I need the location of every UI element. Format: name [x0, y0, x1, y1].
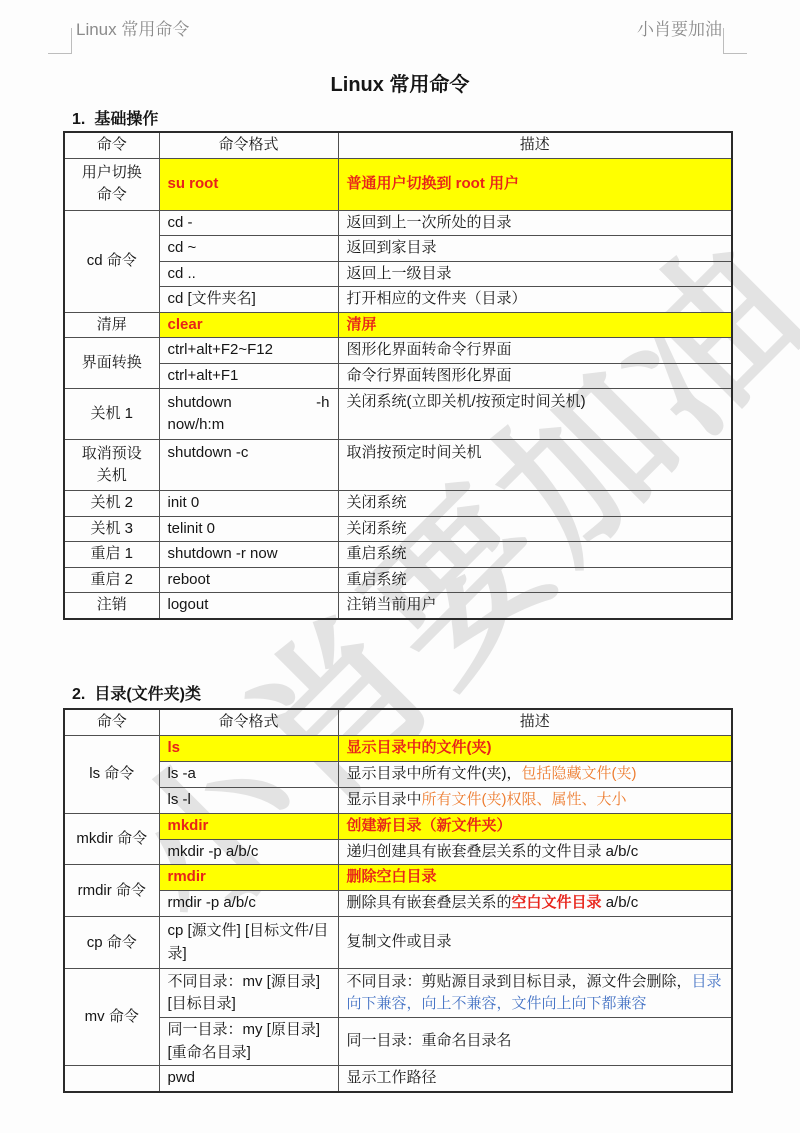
cell-desc: 关闭系统(立即关机/按预定时间关机)	[338, 389, 732, 440]
cell-desc: 递归创建具有嵌套叠层关系的文件目录 a/b/c	[338, 839, 732, 865]
cell-label: 关机 2	[64, 491, 159, 517]
column-header-format: 命令格式	[159, 709, 338, 735]
document-title: Linux 常用命令	[0, 68, 800, 97]
section-number: 1.	[72, 111, 85, 128]
table-row: 重启 1 shutdown -r now 重启系统	[64, 542, 732, 568]
cell-format: ls -a	[159, 761, 338, 787]
cell-label: rmdir 命令	[64, 865, 159, 917]
cell-desc: 取消按预定时间关机	[338, 440, 732, 491]
cell-format: cd ~	[159, 236, 338, 262]
table-row: 注销 logout 注销当前用户	[64, 593, 732, 619]
cell-desc: 打开相应的文件夹（目录）	[338, 287, 732, 313]
table-row: ls 命令 ls 显示目录中的文件(夹)	[64, 735, 732, 761]
cell-desc-highlight: 删除空白目录	[338, 865, 732, 891]
cell-desc: 重启系统	[338, 567, 732, 593]
table-row: cd [文件夹名] 打开相应的文件夹（目录）	[64, 287, 732, 313]
cell-format-highlight: su root	[159, 158, 338, 210]
cell-desc: 显示工作路径	[338, 1066, 732, 1092]
table-row: rmdir -p a/b/c 删除具有嵌套叠层关系的空白文件目录 a/b/c	[64, 891, 732, 917]
table-row: ls -l 显示目录中所有文件(夹)权限、属性、大小	[64, 787, 732, 813]
table-row: cd ~ 返回到家目录	[64, 236, 732, 262]
cell-format: ls -l	[159, 787, 338, 813]
cell-label: 关机 3	[64, 516, 159, 542]
cell-desc: 重启系统	[338, 542, 732, 568]
column-header-format: 命令格式	[159, 132, 338, 158]
column-header-description: 描述	[338, 709, 732, 735]
cell-desc: 返回到上一次所处的目录	[338, 210, 732, 236]
cell-format: telinit 0	[159, 516, 338, 542]
table-header-row: 命令 命令格式 描述	[64, 132, 732, 158]
cell-label: mkdir 命令	[64, 813, 159, 865]
cell-format-highlight: ls	[159, 735, 338, 761]
table-row: 取消预设 关机 shutdown -c 取消按预定时间关机	[64, 440, 732, 491]
table-row: ls -a 显示目录中所有文件(夹)，包括隐藏文件(夹)	[64, 761, 732, 787]
table-row: pwd 显示工作路径	[64, 1066, 732, 1092]
table-row: 清屏 clear 清屏	[64, 312, 732, 338]
table-row: mv 命令 不同目录：mv [源目录] [目标目录] 不同目录：剪贴源目录到目标…	[64, 969, 732, 1018]
document-page: 小肖要加油 Linux 常用命令 小肖要加油 Linux 常用命令 1.基础操作…	[0, 0, 800, 1133]
cell-desc: 显示目录中所有文件(夹)权限、属性、大小	[338, 787, 732, 813]
table-row: 关机 1 shutdown -h now/h:m 关闭系统(立即关机/按预定时间…	[64, 389, 732, 440]
cell-desc: 注销当前用户	[338, 593, 732, 619]
cell-format: shutdown -r now	[159, 542, 338, 568]
directory-table: 命令 命令格式 描述 ls 命令 ls 显示目录中的文件(夹) ls -a 显示…	[63, 708, 733, 1093]
cell-label: 重启 1	[64, 542, 159, 568]
cell-desc-highlight: 显示目录中的文件(夹)	[338, 735, 732, 761]
cell-desc: 关闭系统	[338, 516, 732, 542]
cell-desc: 删除具有嵌套叠层关系的空白文件目录 a/b/c	[338, 891, 732, 917]
cell-format: 不同目录：mv [源目录] [目标目录]	[159, 969, 338, 1018]
cell-format: shutdown -h now/h:m	[159, 389, 338, 440]
cell-desc: 同一目录：重命名目录名	[338, 1018, 732, 1066]
table-row: ctrl+alt+F1 命令行界面转图形化界面	[64, 363, 732, 389]
table-row: 重启 2 reboot 重启系统	[64, 567, 732, 593]
table-row: 关机 2 init 0 关闭系统	[64, 491, 732, 517]
cell-desc: 复制文件或目录	[338, 917, 732, 969]
basic-ops-table: 命令 命令格式 描述 用户切换 命令 su root 普通用户切换到 root …	[63, 131, 733, 620]
margin-corner-mark-left	[48, 28, 72, 54]
column-header-description: 描述	[338, 132, 732, 158]
cell-format: reboot	[159, 567, 338, 593]
cell-desc-highlight: 普通用户切换到 root 用户	[338, 158, 732, 210]
table-row: 用户切换 命令 su root 普通用户切换到 root 用户	[64, 158, 732, 210]
cell-label: 注销	[64, 593, 159, 619]
cell-format: 同一目录：my [原目录] [重命名目录]	[159, 1018, 338, 1066]
cell-label: cp 命令	[64, 917, 159, 969]
cell-desc-highlight: 创建新目录（新文件夹）	[338, 813, 732, 839]
cell-format-highlight: clear	[159, 312, 338, 338]
table-header-row: 命令 命令格式 描述	[64, 709, 732, 735]
cell-label: 用户切换 命令	[64, 158, 159, 210]
section-heading-basic-ops: 1.基础操作	[72, 106, 158, 129]
cell-label: 清屏	[64, 312, 159, 338]
table-row: cp 命令 cp [源文件] [目标文件/目录] 复制文件或目录	[64, 917, 732, 969]
cell-format: cd -	[159, 210, 338, 236]
section-heading-directory: 2.目录(文件夹)类	[72, 681, 201, 704]
section-title: 基础操作	[94, 111, 158, 128]
table-row: mkdir -p a/b/c 递归创建具有嵌套叠层关系的文件目录 a/b/c	[64, 839, 732, 865]
table-row: 关机 3 telinit 0 关闭系统	[64, 516, 732, 542]
cell-label: 关机 1	[64, 389, 159, 440]
cell-desc: 显示目录中所有文件(夹)，包括隐藏文件(夹)	[338, 761, 732, 787]
section-title: 目录(文件夹)类	[94, 686, 201, 703]
cell-label: ls 命令	[64, 735, 159, 813]
table-row: 同一目录：my [原目录] [重命名目录] 同一目录：重命名目录名	[64, 1018, 732, 1066]
page-header-author: 小肖要加油	[637, 15, 722, 40]
page-header-title: Linux 常用命令	[76, 15, 189, 40]
cell-format: ctrl+alt+F2~F12	[159, 338, 338, 364]
cell-label: 重启 2	[64, 567, 159, 593]
table-row: mkdir 命令 mkdir 创建新目录（新文件夹）	[64, 813, 732, 839]
cell-format: pwd	[159, 1066, 338, 1092]
column-header-command: 命令	[64, 132, 159, 158]
cell-format: ctrl+alt+F1	[159, 363, 338, 389]
cell-label: 界面转换	[64, 338, 159, 389]
cell-format-highlight: rmdir	[159, 865, 338, 891]
cell-format: rmdir -p a/b/c	[159, 891, 338, 917]
cell-label: cd 命令	[64, 210, 159, 312]
cell-desc: 返回上一级目录	[338, 261, 732, 287]
cell-desc: 关闭系统	[338, 491, 732, 517]
table-row: 界面转换 ctrl+alt+F2~F12 图形化界面转命令行界面	[64, 338, 732, 364]
cell-format: cd ..	[159, 261, 338, 287]
cell-desc: 返回到家目录	[338, 236, 732, 262]
cell-format: cd [文件夹名]	[159, 287, 338, 313]
cell-desc-highlight: 清屏	[338, 312, 732, 338]
cell-label: 取消预设 关机	[64, 440, 159, 491]
column-header-command: 命令	[64, 709, 159, 735]
cell-desc: 图形化界面转命令行界面	[338, 338, 732, 364]
section-number: 2.	[72, 686, 85, 703]
table-row: cd .. 返回上一级目录	[64, 261, 732, 287]
cell-format: mkdir -p a/b/c	[159, 839, 338, 865]
cell-format-highlight: mkdir	[159, 813, 338, 839]
table-row: rmdir 命令 rmdir 删除空白目录	[64, 865, 732, 891]
cell-format: shutdown -c	[159, 440, 338, 491]
cell-empty	[64, 1066, 159, 1092]
cell-format: cp [源文件] [目标文件/目录]	[159, 917, 338, 969]
margin-corner-mark-right	[723, 28, 747, 54]
cell-format: init 0	[159, 491, 338, 517]
cell-format: logout	[159, 593, 338, 619]
table-row: cd 命令 cd - 返回到上一次所处的目录	[64, 210, 732, 236]
cell-desc: 不同目录：剪贴源目录到目标目录，源文件会删除，目录向下兼容，向上不兼容，文件向上…	[338, 969, 732, 1018]
cell-label: mv 命令	[64, 969, 159, 1066]
cell-desc: 命令行界面转图形化界面	[338, 363, 732, 389]
